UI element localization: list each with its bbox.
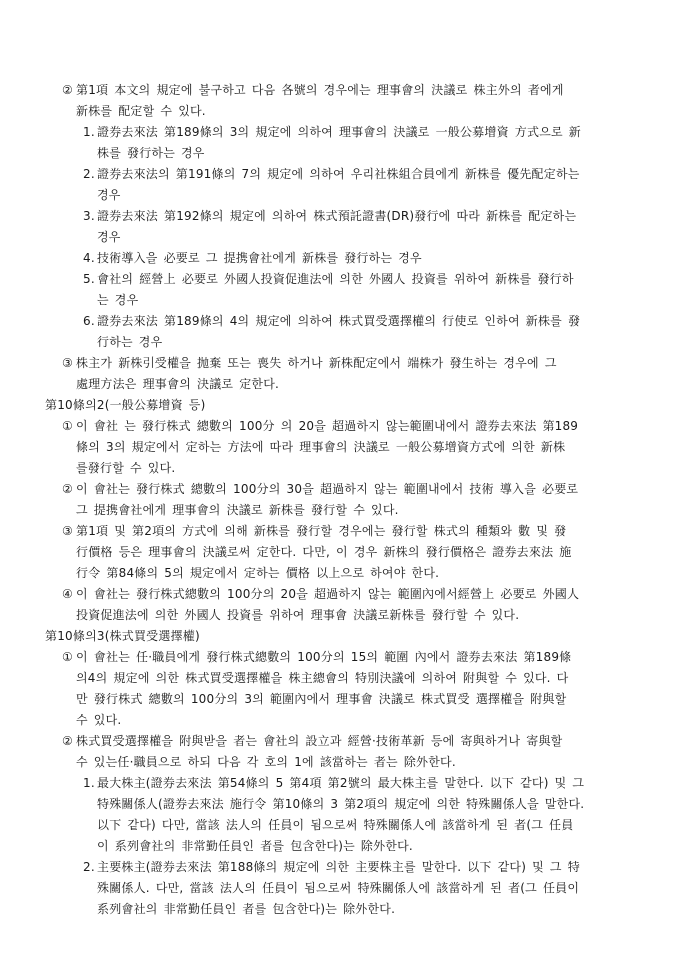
item-marker: 4.	[83, 248, 95, 269]
text-line: 경우	[97, 185, 617, 206]
text-line: 만 發行株式 總數의 100分의 3의 範圍內에서 理事會 決議로 株式買受 選…	[76, 689, 617, 710]
text-line: 證券去來法 第189條의 3의 規定에 의하여 理事會의 決議로 一般公募增資 …	[97, 122, 617, 143]
text-line: 경우	[97, 227, 617, 248]
text-line: 行令 第84條의 5의 規定에서 定하는 價格 以上으로 하여야 한다.	[76, 563, 617, 584]
clause-block: 1.證券去來法 第189條의 3의 規定에 의하여 理事會의 決議로 一般公募增…	[97, 122, 617, 164]
clause-block: ④이 會社는 發行株式總數의 100分의 20을 超過하지 않는 範圍內에서經營…	[76, 584, 617, 626]
item-marker: 6.	[83, 311, 95, 332]
text-line: 수 있는任·職員으로 하되 다음 각 호의 1에 該當하는 者는 除外한다.	[76, 752, 617, 773]
item-marker: ③	[62, 353, 73, 374]
document-page: ②第1項 本文의 規定에 불구하고 다음 各號의 경우에는 理事會의 決議로 株…	[45, 80, 617, 920]
item-marker: ①	[62, 416, 73, 437]
text-line: 主要株主(證券去來法 第188條의 規定에 의한 主要株主를 말한다. 以下 같…	[97, 857, 617, 878]
item-marker: ②	[62, 731, 73, 752]
text-line: 條의 3의 規定에서 定하는 方法에 따라 理事會의 決議로 一般公募增資方式에…	[76, 437, 617, 458]
text-line: 株式買受選擇權을 附與받을 者는 會社의 設立과 經營·技術革新 등에 寄與하거…	[76, 731, 617, 752]
text-line: 特殊關係人(證券去來法 施行令 第10條의 3 第2項의 規定에 의한 特殊關係…	[97, 794, 617, 815]
text-line: 株主가 新株引受權을 抛棄 또는 喪失 하거나 新株配定에서 端株가 發生하는 …	[76, 353, 617, 374]
text-line: 第1項 本文의 規定에 불구하고 다음 各號의 경우에는 理事會의 決議로 株主…	[76, 80, 617, 101]
clause-block: 2.證券去來法의 第191條의 7의 規定에 의하여 우리社株組合員에게 新株를…	[97, 164, 617, 206]
item-marker: ③	[62, 521, 73, 542]
text-line: 最大株主(證券去來法 第54條의 5 第4項 第2號의 最大株主를 말한다. 以…	[97, 773, 617, 794]
clause-block: 5.會社의 經營上 必要로 外國人投資促進法에 의한 外國人 投資를 위하여 新…	[97, 269, 617, 311]
text-line: 證券去來法의 第191條의 7의 規定에 의하여 우리社株組合員에게 新株를 優…	[97, 164, 617, 185]
document-body: ②第1項 本文의 規定에 불구하고 다음 各號의 경우에는 理事會의 決議로 株…	[45, 80, 617, 920]
text-line: 新株를 配定할 수 있다.	[76, 101, 617, 122]
text-line: 수 있다.	[76, 710, 617, 731]
text-line: 證券去來法 第192條의 規定에 의하여 株式預託證書(DR)發行에 따라 新株…	[97, 206, 617, 227]
text-line: 의4의 規定에 의한 株式買受選擇權을 株主總會의 特別決議에 의하여 附與할 …	[76, 668, 617, 689]
clause-block: 1.最大株主(證券去來法 第54條의 5 第4項 第2號의 最大株主를 말한다.…	[97, 773, 617, 857]
text-line: 行하는 경우	[97, 332, 617, 353]
text-line: 株를 發行하는 경우	[97, 143, 617, 164]
text-line: 證券去來法 第189條의 4의 規定에 의하여 株式買受選擇權의 行使로 인하여…	[97, 311, 617, 332]
item-marker: ②	[62, 80, 73, 101]
item-marker: 2.	[83, 857, 95, 878]
article-heading: 第10條의3(株式買受選擇權)	[45, 626, 617, 647]
item-marker: 5.	[83, 269, 95, 290]
text-line: 는 경우	[97, 290, 617, 311]
clause-block: ①이 會社는 任·職員에게 發行株式總數의 100分의 15의 範圍 內에서 證…	[76, 647, 617, 731]
text-line: 系列會社의 非常勤任員인 者를 包含한다)는 除外한다.	[97, 899, 617, 920]
clause-block: ②株式買受選擇權을 附與받을 者는 會社의 設立과 經營·技術革新 등에 寄與하…	[76, 731, 617, 773]
item-marker: ①	[62, 647, 73, 668]
text-line: 이 會社는 發行株式總數의 100分의 20을 超過하지 않는 範圍內에서經營上…	[76, 584, 617, 605]
text-line: 投資促進法에 의한 外國人 投資를 위하여 理事會 決議로新株를 發行할 수 있…	[76, 605, 617, 626]
item-marker: 1.	[83, 122, 95, 143]
clause-block: ③第1項 및 第2項의 方式에 의해 新株를 發行할 경우에는 發行할 株式의 …	[76, 521, 617, 584]
text-line: 그 提携會社에게 理事會의 決議로 新株를 發行할 수 있다.	[76, 500, 617, 521]
text-line: 第1項 및 第2項의 方式에 의해 新株를 發行할 경우에는 發行할 株式의 種…	[76, 521, 617, 542]
item-marker: 2.	[83, 164, 95, 185]
clause-block: ②이 會社는 發行株式 總數의 100分의 30을 超過하지 않는 範圍내에서 …	[76, 479, 617, 521]
text-line: 이 會社는 任·職員에게 發行株式總數의 100分의 15의 範圍 內에서 證券…	[76, 647, 617, 668]
text-line: 를發行할 수 있다.	[76, 458, 617, 479]
item-marker: 3.	[83, 206, 95, 227]
clause-block: 4.技術導入을 必要로 그 提携會社에게 新株를 發行하는 경우	[97, 248, 617, 269]
text-line: 以下 같다) 다만, 當該 法人의 任員이 됨으로써 特殊關係人에 該當하게 된…	[97, 815, 617, 836]
clause-block: ③株主가 新株引受權을 抛棄 또는 喪失 하거나 新株配定에서 端株가 發生하는…	[76, 353, 617, 395]
text-line: 第10條의3(株式買受選擇權)	[45, 626, 617, 647]
item-marker: ④	[62, 584, 73, 605]
clause-block: 3.證券去來法 第192條의 規定에 의하여 株式預託證書(DR)發行에 따라 …	[97, 206, 617, 248]
text-line: 技術導入을 必要로 그 提携會社에게 新株를 發行하는 경우	[97, 248, 617, 269]
clause-block: 6.證券去來法 第189條의 4의 規定에 의하여 株式買受選擇權의 行使로 인…	[97, 311, 617, 353]
item-marker: 1.	[83, 773, 95, 794]
clause-block: ②第1項 本文의 規定에 불구하고 다음 各號의 경우에는 理事會의 決議로 株…	[76, 80, 617, 122]
article-heading: 第10條의2(一般公募增資 등)	[45, 395, 617, 416]
text-line: 이 系列會社의 非常勤任員인 者를 包含한다)는 除外한다.	[97, 836, 617, 857]
text-line: 이 會社는 發行株式 總數의 100分의 30을 超過하지 않는 範圍내에서 技…	[76, 479, 617, 500]
text-line: 會社의 經營上 必要로 外國人投資促進法에 의한 外國人 投資를 위하여 新株를…	[97, 269, 617, 290]
text-line: 이 會社 는 發行株式 總數의 100分 의 20을 超過하지 않는範圍내에서 …	[76, 416, 617, 437]
clause-block: ①이 會社 는 發行株式 總數의 100分 의 20을 超過하지 않는範圍내에서…	[76, 416, 617, 479]
text-line: 行價格 등은 理事會의 決議로써 定한다. 다만, 이 경우 新株의 發行價格은…	[76, 542, 617, 563]
clause-block: 2.主要株主(證券去來法 第188條의 規定에 의한 主要株主를 말한다. 以下…	[97, 857, 617, 920]
text-line: 殊關係人. 다만, 當該 法人의 任員이 됨으로써 特殊關係人에 該當하게 된 …	[97, 878, 617, 899]
text-line: 第10條의2(一般公募增資 등)	[45, 395, 617, 416]
item-marker: ②	[62, 479, 73, 500]
text-line: 處理方法은 理事會의 決議로 定한다.	[76, 374, 617, 395]
